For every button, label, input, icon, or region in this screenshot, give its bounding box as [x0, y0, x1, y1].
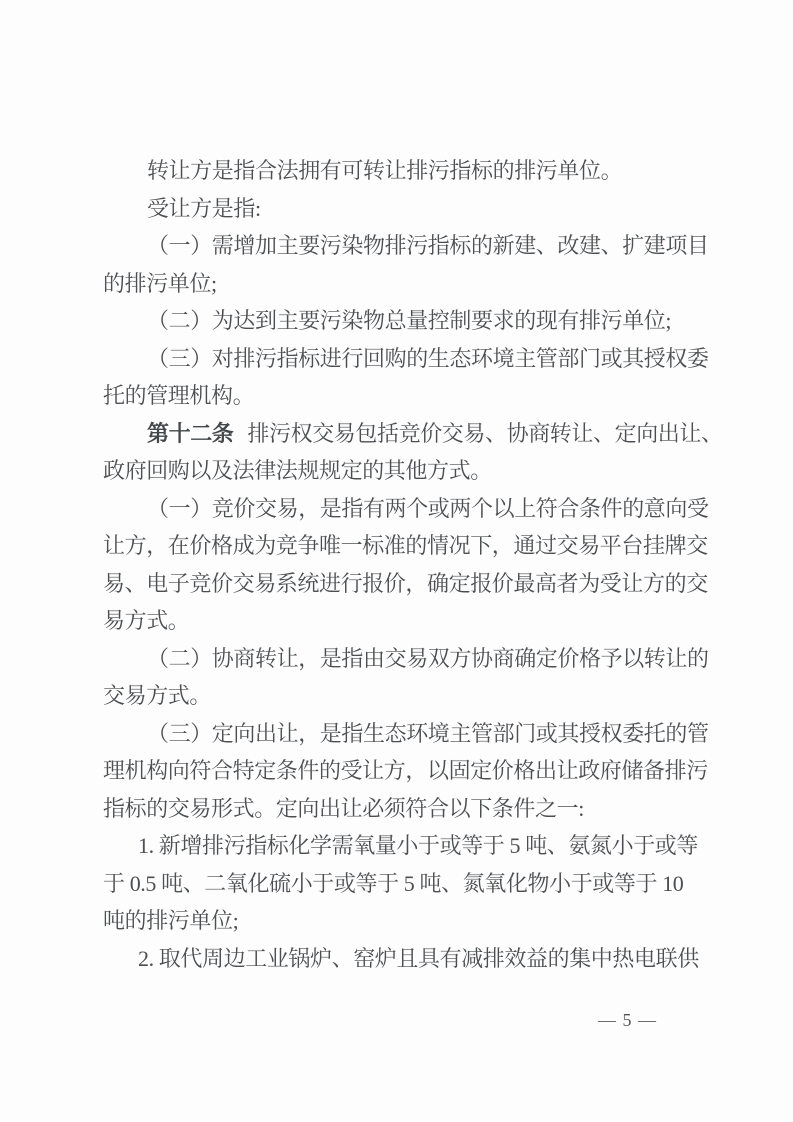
text-run: （二）协商转让，是指由交易双方协商确定价格予以转让的	[147, 646, 709, 671]
text-line: 政府回购以及法律法规规定的其他方式。	[103, 452, 715, 490]
text-line: （二）为达到主要污染物总量控制要求的现有排污单位;	[103, 302, 715, 340]
text-line: 易方式。	[103, 602, 715, 640]
text-run: （三）对排污指标进行回购的生态环境主管部门或其授权委	[147, 346, 709, 371]
text-run: （三）定向出让，是指生态环境主管部门或其授权委托的管	[147, 721, 709, 746]
text-run: 2. 取代周边工业锅炉、窑炉且具有减排效益的集中热电联供	[138, 946, 699, 971]
text-run: （一）竞价交易，是指有两个或两个以上符合条件的意向受	[147, 496, 709, 521]
text-run: 受让方是指:	[147, 196, 261, 221]
text-line: （三）定向出让，是指生态环境主管部门或其授权委托的管	[103, 715, 715, 753]
text-run: 吨的排污单位;	[103, 908, 238, 933]
text-line: 交易方式。	[103, 677, 715, 715]
text-line: 吨的排污单位;	[103, 902, 715, 940]
text-run: 易方式。	[103, 608, 189, 633]
text-run: 1. 新增排污指标化学需氧量小于或等于 5 吨、氨氮小于或等	[138, 833, 698, 858]
text-line: 于 0.5 吨、二氧化硫小于或等于 5 吨、氮氧化物小于或等于 10	[103, 865, 715, 903]
text-run: 排污权交易包括竞价交易、协商转让、定向出让、	[247, 421, 722, 446]
text-run: 的排污单位;	[103, 271, 217, 296]
text-line: （一）需增加主要污染物排污指标的新建、改建、扩建项目	[103, 227, 715, 265]
text-run: 于 0.5 吨、二氧化硫小于或等于 5 吨、氮氧化物小于或等于 10	[103, 871, 683, 896]
text-run: 指标的交易形式。定向出让必须符合以下条件之一:	[103, 796, 584, 821]
page-number: — 5 —	[598, 1008, 657, 1032]
text-line: 的排污单位;	[103, 265, 715, 303]
text-run: 让方，在价格成为竞争唯一标准的情况下，通过交易平台挂牌交	[103, 533, 708, 558]
text-line: 2. 取代周边工业锅炉、窑炉且具有减排效益的集中热电联供	[103, 940, 715, 978]
article-heading: 第十二条	[147, 421, 233, 446]
text-run: 托的管理机构。	[103, 383, 254, 408]
text-line: 第十二条排污权交易包括竞价交易、协商转让、定向出让、	[103, 415, 715, 453]
text-line: 受让方是指:	[103, 190, 715, 228]
document-page: 转让方是指合法拥有可转让排污指标的排污单位。受让方是指:（一）需增加主要污染物排…	[0, 0, 793, 1122]
text-run: 政府回购以及法律法规规定的其他方式。	[103, 458, 492, 483]
text-run: （一）需增加主要污染物排污指标的新建、改建、扩建项目	[147, 233, 709, 258]
document-body: 转让方是指合法拥有可转让排污指标的排污单位。受让方是指:（一）需增加主要污染物排…	[103, 152, 715, 977]
text-run: 易、电子竞价交易系统进行报价，确定报价最高者为受让方的交	[103, 571, 708, 596]
text-line: 转让方是指合法拥有可转让排污指标的排污单位。	[103, 152, 715, 190]
text-line: （二）协商转让，是指由交易双方协商确定价格予以转让的	[103, 640, 715, 678]
text-run: 理机构向符合特定条件的受让方，以固定价格出让政府储备排污	[103, 758, 708, 783]
text-line: 让方，在价格成为竞争唯一标准的情况下，通过交易平台挂牌交	[103, 527, 715, 565]
text-line: 易、电子竞价交易系统进行报价，确定报价最高者为受让方的交	[103, 565, 715, 603]
text-run: 转让方是指合法拥有可转让排污指标的排污单位。	[147, 158, 622, 183]
text-line: 托的管理机构。	[103, 377, 715, 415]
text-line: （一）竞价交易，是指有两个或两个以上符合条件的意向受	[103, 490, 715, 528]
text-line: 理机构向符合特定条件的受让方，以固定价格出让政府储备排污	[103, 752, 715, 790]
text-run: 交易方式。	[103, 683, 211, 708]
text-line: 1. 新增排污指标化学需氧量小于或等于 5 吨、氨氮小于或等	[103, 827, 715, 865]
text-line: 指标的交易形式。定向出让必须符合以下条件之一:	[103, 790, 715, 828]
text-line: （三）对排污指标进行回购的生态环境主管部门或其授权委	[103, 340, 715, 378]
text-run: （二）为达到主要污染物总量控制要求的现有排污单位;	[147, 308, 671, 333]
